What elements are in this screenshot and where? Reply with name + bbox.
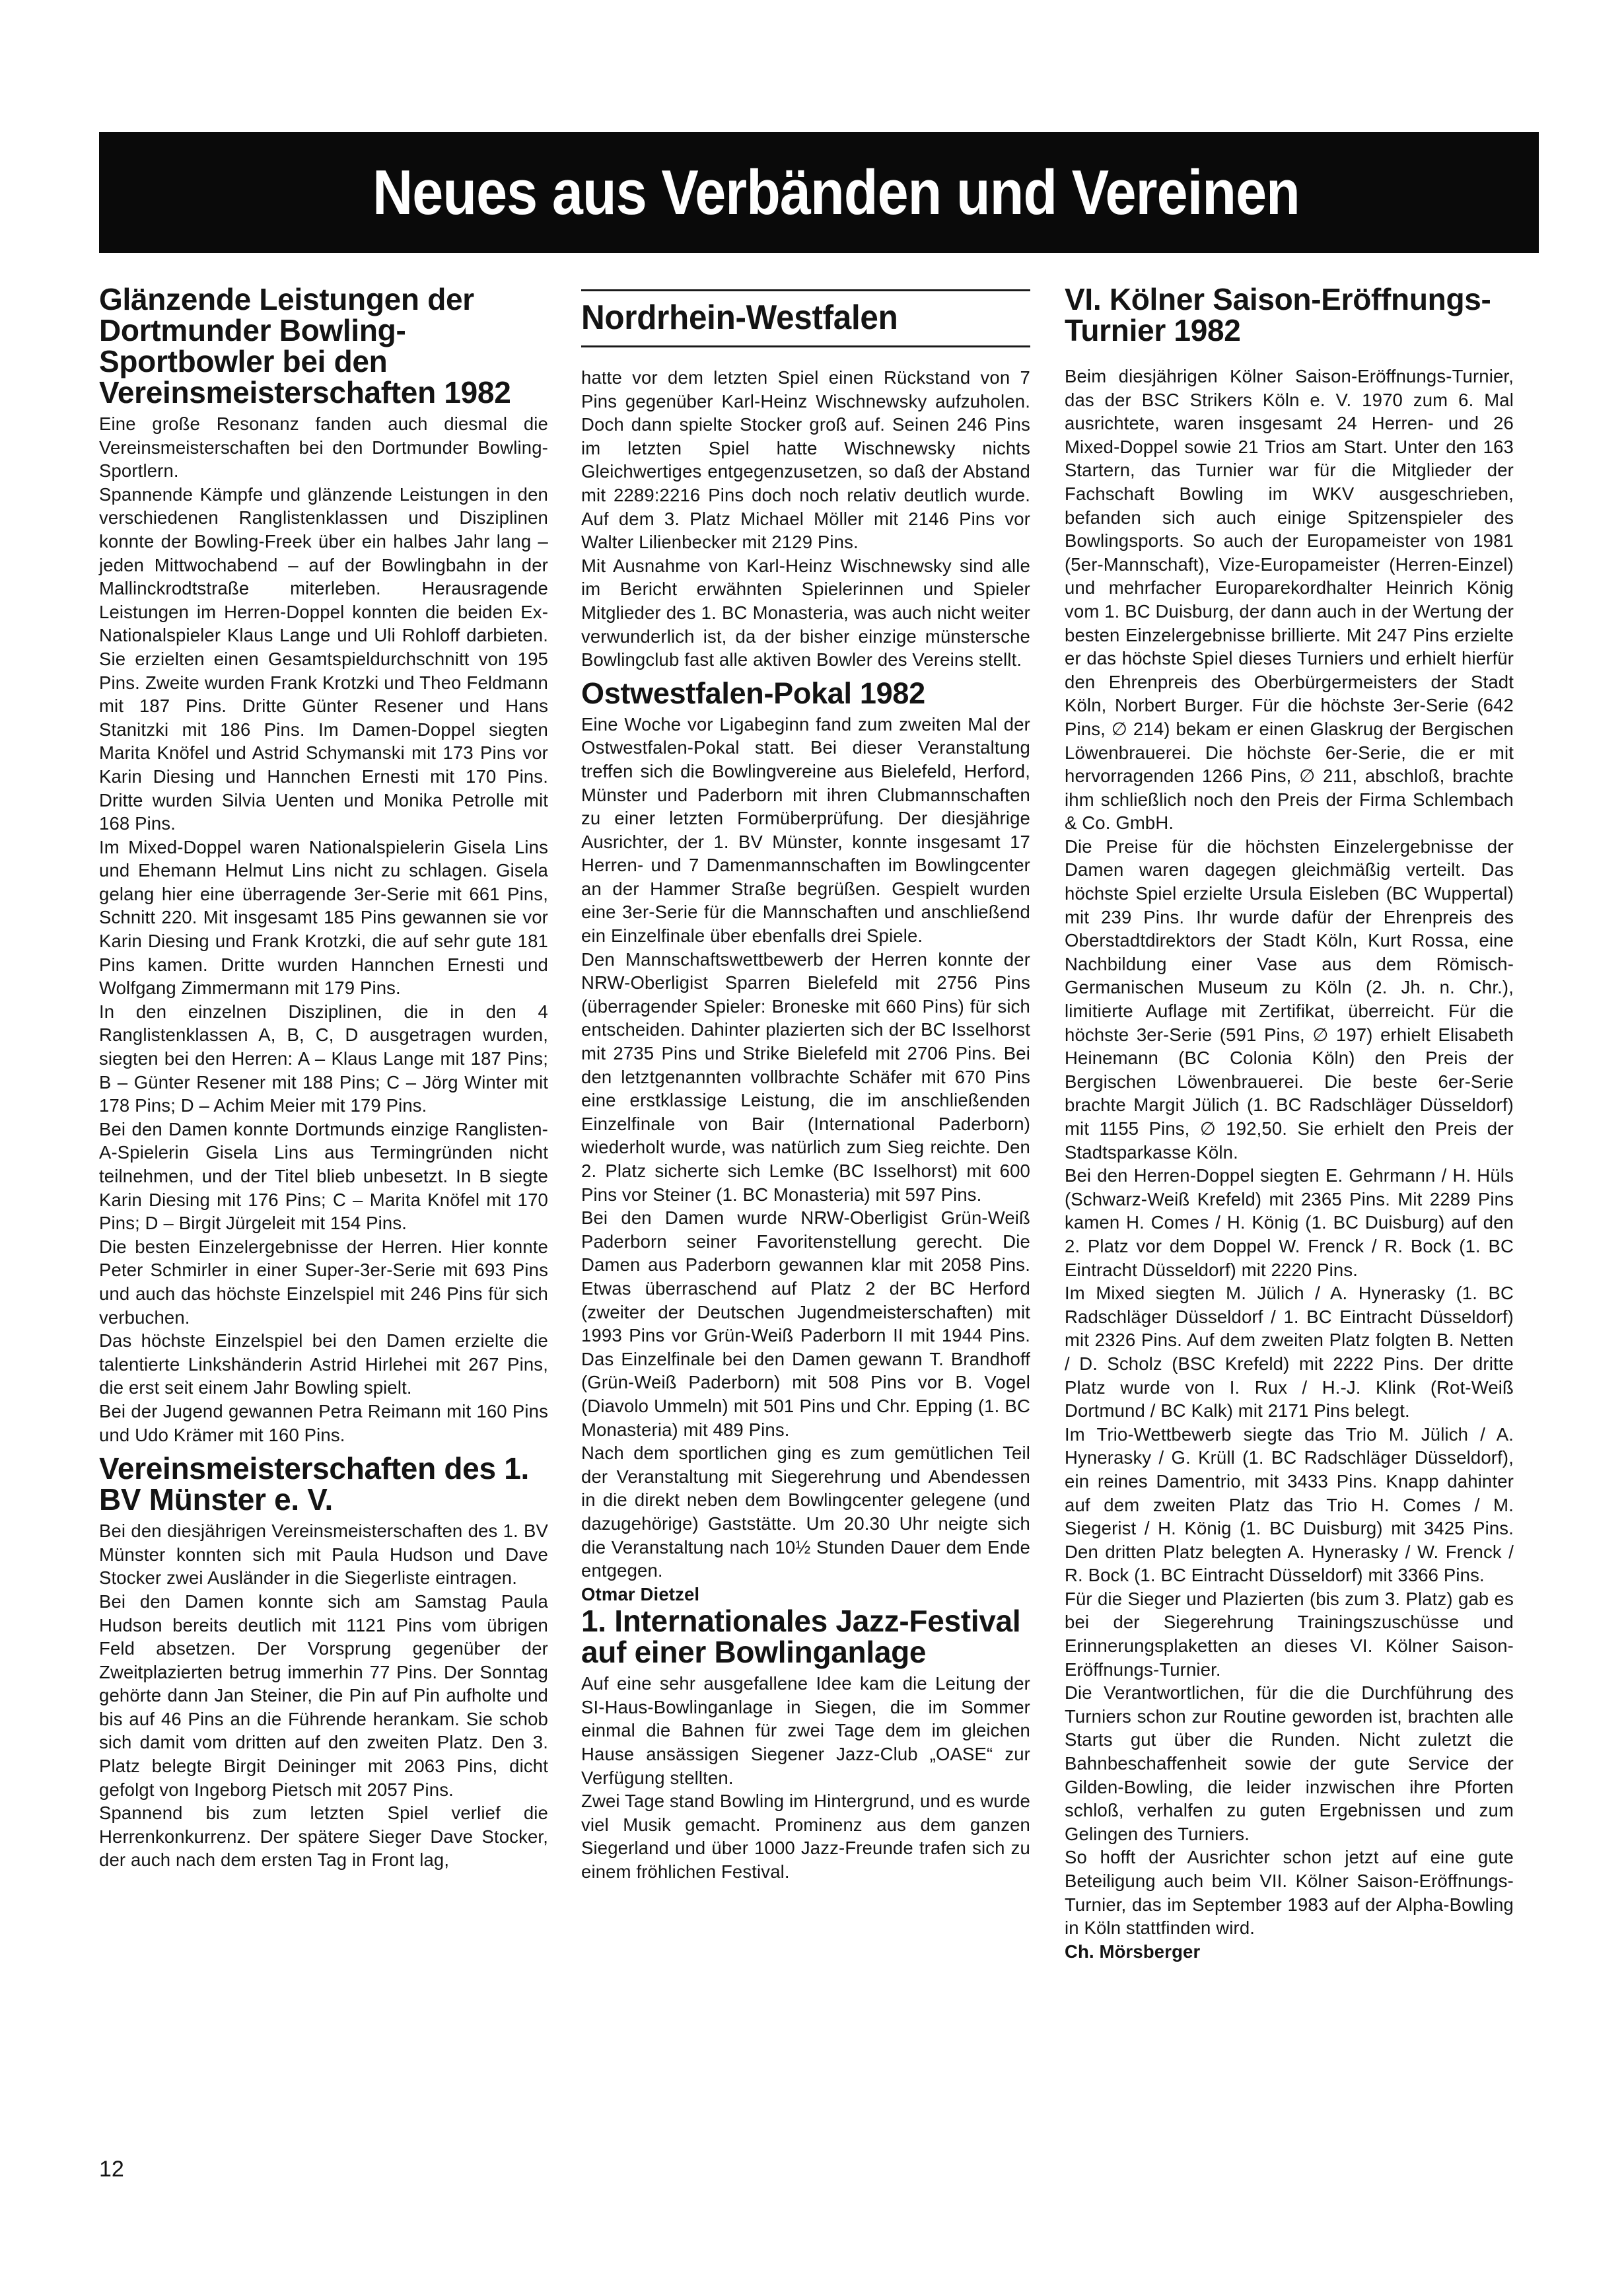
- paragraph: Die Preise für die höchsten Einzelergebn…: [1065, 835, 1514, 1164]
- article-muenster: Vereinsmeisterschaften des 1. BV Münster…: [99, 1453, 548, 1872]
- section-title: Nordrhein-Westfalen: [581, 298, 1008, 338]
- article-headline: VI. Kölner Saison-Eröffnungs-Turnier 198…: [1065, 284, 1514, 346]
- paragraph: Den Mannschaftswettbewerb der Herren kon…: [581, 948, 1030, 1207]
- paragraph: Im Mixed-Doppel waren Nationalspielerin …: [99, 836, 548, 1000]
- paragraph: Spannend bis zum letzten Spiel verlief d…: [99, 1801, 548, 1872]
- page-number: 12: [99, 2157, 124, 2182]
- paragraph: Im Trio-Wettbewerb siegte das Trio M. Jü…: [1065, 1423, 1514, 1587]
- paragraph: Mit Ausnahme von Karl-Heinz Wischnewsky …: [581, 554, 1030, 672]
- section-banner: Neues aus Verbänden und Vereinen: [99, 132, 1539, 253]
- paragraph: Bei den diesjährigen Vereinsmeisterschaf…: [99, 1519, 548, 1590]
- paragraph: Im Mixed siegten M. Jülich / A. Hynerask…: [1065, 1281, 1514, 1423]
- paragraph: Zwei Tage stand Bowling im Hintergrund, …: [581, 1789, 1030, 1883]
- paragraph: Spannende Kämpfe und glänzende Leistunge…: [99, 483, 548, 836]
- paragraph: Beim diesjährigen Kölner Saison-Eröffnun…: [1065, 365, 1514, 835]
- column-right: VI. Kölner Saison-Eröffnungs-Turnier 198…: [1065, 284, 1514, 1963]
- paragraph: So hofft der Ausrichter schon jetzt auf …: [1065, 1846, 1514, 1939]
- author-byline: Ch. Mörsberger: [1065, 1940, 1514, 1964]
- paragraph: In den einzelnen Disziplinen, die in den…: [99, 1000, 548, 1118]
- section-heading-nrw: Nordrhein-Westfalen: [581, 289, 1030, 347]
- article-ostwestfalen: Ostwestfalen-Pokal 1982 Eine Woche vor L…: [581, 678, 1030, 1606]
- paragraph: Nach dem sportlichen ging es zum gemütli…: [581, 1441, 1030, 1583]
- article-headline: Glänzende Leistungen der Dortmunder Bowl…: [99, 284, 548, 408]
- article-headline: Vereinsmeisterschaften des 1. BV Münster…: [99, 1453, 548, 1515]
- column-middle: Nordrhein-Westfalen hatte vor dem letzte…: [581, 289, 1030, 1884]
- paragraph: Die besten Einzelergebnisse der Herren. …: [99, 1235, 548, 1329]
- article-dortmund: Glänzende Leistungen der Dortmunder Bowl…: [99, 284, 548, 1447]
- paragraph: Bei den Damen konnte sich am Samstag Pau…: [99, 1590, 548, 1801]
- paragraph: hatte vor dem letzten Spiel einen Rückst…: [581, 366, 1030, 554]
- author-byline: Otmar Dietzel: [581, 1583, 1030, 1606]
- banner-title: Neues aus Verbänden und Vereinen: [338, 157, 1300, 229]
- paragraph: Bei den Herren-Doppel siegten E. Gehrman…: [1065, 1164, 1514, 1281]
- paragraph: Auf eine sehr ausgefallene Idee kam die …: [581, 1672, 1030, 1789]
- paragraph: Für die Sieger und Plazierten (bis zum 3…: [1065, 1587, 1514, 1681]
- article-muenster-continued: hatte vor dem letzten Spiel einen Rückst…: [581, 366, 1030, 672]
- article-headline: 1. Internationales Jazz-Festival auf ein…: [581, 1606, 1030, 1668]
- column-left: Glänzende Leistungen der Dortmunder Bowl…: [99, 284, 548, 1872]
- article-headline: Ostwestfalen-Pokal 1982: [581, 678, 1030, 709]
- paragraph: Die Verantwortlichen, für die die Durchf…: [1065, 1681, 1514, 1846]
- paragraph: Eine Woche vor Ligabeginn fand zum zweit…: [581, 713, 1030, 948]
- paragraph: Eine große Resonanz fanden auch diesmal …: [99, 412, 548, 483]
- article-koeln: VI. Kölner Saison-Eröffnungs-Turnier 198…: [1065, 284, 1514, 1963]
- paragraph: Bei den Damen konnte Dortmunds einzige R…: [99, 1118, 548, 1235]
- paragraph: Bei der Jugend gewannen Petra Reimann mi…: [99, 1400, 548, 1447]
- paragraph: Bei den Damen wurde NRW-Oberligist Grün-…: [581, 1206, 1030, 1441]
- article-jazz: 1. Internationales Jazz-Festival auf ein…: [581, 1606, 1030, 1883]
- paragraph: Das höchste Einzelspiel bei den Damen er…: [99, 1329, 548, 1400]
